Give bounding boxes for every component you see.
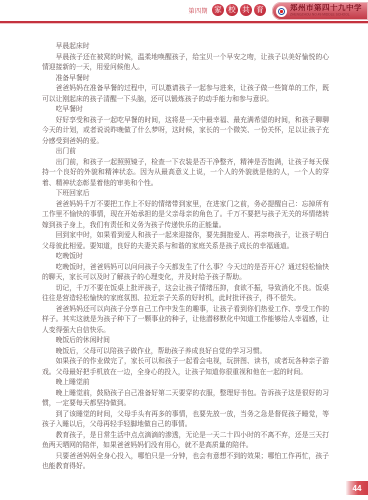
header-badge: 校 (226, 4, 238, 16)
header-badge: 共 (240, 4, 252, 16)
section-heading: 吃早餐时 (42, 105, 329, 116)
header-meta: 第四期 家校共育 (188, 4, 266, 16)
paragraph: 出门前，和孩子一起照照镜子，检查一下衣装是否干净整齐，精神是否饱满，让孩子每天保… (42, 158, 329, 190)
paragraph: 早晨孩子还在被窝的时候，温柔地唤醒孩子，给宝贝一个早安之吻，让孩子以美好愉悦的心… (42, 53, 329, 74)
header-divider (0, 21, 368, 23)
issue-label: 第四期 (188, 6, 208, 15)
school-subtitle: ZHENGZHOU NO.49 MIDDLE SCHOOL (290, 14, 333, 17)
page-number-badge: 44 (346, 481, 368, 495)
school-emblem-icon (276, 6, 287, 17)
section-heading: 准备早餐时 (42, 74, 329, 85)
paragraph: 吃晚饭时，爸爸妈妈可以问问孩子今天都发生了什么事？今天过的是否开心？通过轻松愉快… (42, 263, 329, 284)
school-logo-banner: 郑州市第四十九中学 ZHENGZHOU NO.49 MIDDLE SCHOOL (272, 2, 368, 20)
paragraph: 教育孩子，是日常生活中点点滴滴的渗透，无论是一天二十四小时的不离不弃，还是三天打… (42, 431, 329, 452)
section-heading: 晚上睡觉前 (42, 378, 329, 389)
document-page: 第四期 家校共育 郑州市第四十九中学 ZHENGZHOU NO.49 MIDDL… (0, 0, 368, 500)
header-badge: 育 (254, 4, 266, 16)
paragraph: 爸爸妈妈千万不要把工作上不好的情绪带到家里，在进家门之前，务必提醒自己：忘掉所有… (42, 200, 329, 232)
section-heading: 晚饭后的休闲时间 (42, 336, 329, 347)
paragraph: 到了该睡觉的时间，父母手头有再多的事情，也要先放一放，当务之急是督促孩子睡觉，等… (42, 410, 329, 431)
section-heading: 吃晚饭时 (42, 252, 329, 263)
paragraph: 爸爸妈妈在准备早餐的过程中，可以邀请孩子一起参与进来，让孩子做一些简单的工作，既… (42, 84, 329, 105)
school-name: 郑州市第四十九中学 (290, 4, 368, 12)
paragraph: 只要爸爸妈妈全身心投入，哪怕只是一分钟，也会有意想不到的效果；哪怕工作再忙，孩子… (42, 452, 329, 473)
header-badge: 家 (212, 4, 224, 16)
section-heading: 下班回家后 (42, 189, 329, 200)
paragraph: 如果孩子的作业做完了，家长可以和孩子一起看会电视，玩拼图、读书，或者玩各种亲子游… (42, 357, 329, 378)
paragraph: 好好享受和孩子一起吃早餐的时间，这将是一天中最幸福、最充满希望的时间，和孩子聊聊… (42, 116, 329, 148)
paragraph: 回到家中时，如果看到爱人和孩子一起来迎接你，要先拥抱爱人、再亲吻孩子，让孩子明白… (42, 231, 329, 252)
section-heading: 出门前 (42, 147, 329, 158)
content: 早晨起床时早晨孩子还在被窝的时候，温柔地唤醒孩子，给宝贝一个早安之吻，让孩子以美… (42, 42, 329, 473)
paragraph: 爸爸妈妈还可以向孩子分享自己工作中发生的趣事，让孩子看到你们热爱工作、享受工作的… (42, 305, 329, 337)
header-badges: 家校共育 (212, 4, 266, 16)
paragraph: 晚上睡觉前，鼓励孩子自己准备好第二天要穿的衣服，整理好书包。告诉孩子这是很好的习… (42, 389, 329, 410)
school-logo-text: 郑州市第四十九中学 ZHENGZHOU NO.49 MIDDLE SCHOOL (290, 4, 368, 19)
paragraph: 晚饭后，父母可以陪孩子做作业，帮助孩子养成良好自觉的学习习惯。 (42, 347, 329, 358)
section-heading: 早晨起床时 (42, 42, 329, 53)
paragraph: 切记，千万不要在饭桌上批评孩子，这会让孩子情绪压抑，食欲不振，导致消化不良。饭桌… (42, 284, 329, 305)
